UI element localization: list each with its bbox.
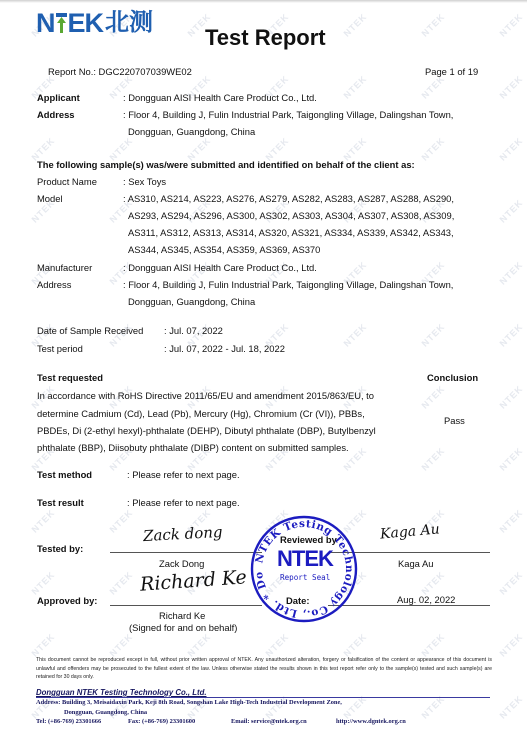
tested-by-signature-line: [110, 552, 262, 553]
model-line: AS311, AS312, AS313, AS314, AS320, AS321…: [128, 227, 454, 238]
date-value: Aug. 02, 2022: [397, 594, 455, 605]
watermark-mark: NTEK: [498, 73, 525, 100]
watermark-mark: NTEK: [30, 631, 57, 658]
watermark-mark: NTEK: [498, 445, 525, 472]
watermark-mark: NTEK: [108, 631, 135, 658]
test-result-label: Test result: [37, 497, 84, 508]
conclusion-label: Conclusion: [427, 372, 478, 383]
footer-email[interactable]: Email: service@ntek.org.cn: [231, 718, 307, 725]
footer-website[interactable]: http://www.dgntek.org.cn: [336, 718, 406, 725]
model-label: Model: [37, 193, 63, 204]
date-label: Date:: [286, 595, 309, 606]
viewer-top-shadow: [0, 0, 527, 3]
reviewed-by-name: Kaga Au: [398, 558, 433, 569]
test-result-value: : Please refer to next page.: [127, 497, 240, 508]
watermark-mark: NTEK: [498, 383, 525, 410]
logo-ek: EK: [68, 10, 104, 36]
ntek-logo: N EK 北测: [36, 10, 153, 36]
footer-rule: [36, 697, 490, 698]
seal-text: Report Seal: [280, 573, 330, 582]
test-requested-label: Test requested: [37, 372, 103, 383]
watermark-mark: NTEK: [498, 259, 525, 286]
reviewed-by-signature: Kaga Au: [379, 521, 440, 542]
test-requested-line: PBDEs, Di (2-ethyl hexyl)-phthalate (DEH…: [37, 425, 376, 436]
reviewed-by-label: Reviewed by: [280, 534, 337, 545]
watermark-mark: NTEK: [108, 507, 135, 534]
watermark-mark: NTEK: [420, 73, 447, 100]
manufacturer-address-label: Address: [37, 279, 71, 290]
watermark-mark: NTEK: [420, 11, 447, 38]
manufacturer-label: Manufacturer: [37, 262, 92, 273]
applicant-label: Applicant: [37, 92, 80, 103]
applicant-value: : Dongguan AISI Health Care Product Co.,…: [123, 92, 317, 103]
model-line: : AS310, AS214, AS223, AS276, AS279, AS2…: [123, 193, 454, 204]
test-requested-line: phthalate (BBP), Diisobuty phthalate (DI…: [37, 442, 349, 453]
test-period-value: : Jul. 07, 2022 - Jul. 18, 2022: [164, 343, 285, 354]
watermark-mark: NTEK: [498, 321, 525, 348]
watermark-mark: NTEK: [342, 631, 369, 658]
watermark-mark: NTEK: [420, 135, 447, 162]
approved-by-label: Approved by:: [37, 595, 97, 606]
watermark-mark: NTEK: [498, 569, 525, 596]
footer-tel: Tel: (+86-769) 23301666: [36, 718, 101, 725]
report-number-label: Report No.:: [48, 66, 96, 77]
tested-by-name: Zack Dong: [159, 558, 204, 569]
report-number-value: DGC220707039WE02: [99, 66, 192, 77]
logo-arrow-icon: [56, 13, 67, 33]
watermark-mark: NTEK: [186, 631, 213, 658]
approved-by-note: (Signed for and on behalf): [129, 622, 237, 633]
manufacturer-address-line2: Dongguan, Guangdong, China: [128, 296, 255, 307]
test-method-value: : Please refer to next page.: [127, 469, 240, 480]
watermark-mark: NTEK: [264, 631, 291, 658]
test-requested-line: In accordance with RoHS Directive 2011/6…: [37, 390, 374, 401]
conclusion-value: Pass: [444, 415, 465, 426]
applicant-address-label: Address: [37, 109, 75, 120]
model-line: AS293, AS294, AS296, AS300, AS302, AS303…: [128, 210, 454, 221]
tested-by-signature: Zack dong: [143, 523, 223, 545]
report-number: Report No.: DGC220707039WE02: [48, 66, 192, 77]
manufacturer-address-line1: : Floor 4, Building J, Fulin Industrial …: [123, 279, 453, 290]
watermark-mark: NTEK: [342, 73, 369, 100]
approved-by-signature-line: [110, 605, 262, 606]
test-period-label: Test period: [37, 343, 83, 354]
tested-by-label: Tested by:: [37, 543, 83, 554]
footer-address-line1: Address: Building 3, Meisaidaxin Park, K…: [36, 699, 342, 706]
manufacturer-value: : Dongguan AISI Health Care Product Co.,…: [123, 262, 317, 273]
logo-n: N: [36, 10, 55, 36]
product-name-value: : Sex Toys: [123, 176, 166, 187]
watermark-mark: NTEK: [420, 631, 447, 658]
test-requested-line: determine Cadmium (Cd), Lead (Pb), Mercu…: [37, 408, 365, 419]
watermark-mark: NTEK: [30, 569, 57, 596]
report-title: Test Report: [205, 25, 326, 51]
watermark-mark: NTEK: [30, 507, 57, 534]
date-received-label: Date of Sample Received: [37, 325, 143, 336]
ntek-report-seal: NTEK Testing Technology Co., Ltd. * Dong…: [250, 515, 358, 623]
applicant-address-line2: Dongguan, Guangdong, China: [128, 126, 255, 137]
watermark-mark: NTEK: [342, 11, 369, 38]
logo-chinese: 北测: [105, 10, 153, 36]
watermark-mark: NTEK: [342, 321, 369, 348]
legal-disclaimer: This document cannot be reproduced excep…: [36, 656, 492, 682]
seal-logo: NTEK: [277, 546, 333, 572]
applicant-address-line1: : Floor 4, Building J, Fulin Industrial …: [123, 109, 453, 120]
sample-heading: The following sample(s) was/were submitt…: [37, 159, 415, 170]
approved-by-signature: Richard Ke: [139, 566, 247, 595]
footer-company: Dongguan NTEK Testing Technology Co., Lt…: [36, 688, 207, 697]
watermark-mark: NTEK: [498, 11, 525, 38]
watermark-mark: NTEK: [108, 569, 135, 596]
watermark-mark: NTEK: [498, 135, 525, 162]
watermark-mark: NTEK: [420, 321, 447, 348]
page-indicator: Page 1 of 19: [425, 66, 478, 77]
watermark-mark: NTEK: [420, 569, 447, 596]
model-line: AS344, AS345, AS354, AS359, AS369, AS370: [128, 244, 320, 255]
product-name-label: Product Name: [37, 176, 97, 187]
watermark-mark: NTEK: [498, 197, 525, 224]
approved-by-name: Richard Ke: [159, 610, 205, 621]
watermark-mark: NTEK: [420, 445, 447, 472]
test-method-label: Test method: [37, 469, 92, 480]
watermark-mark: NTEK: [498, 507, 525, 534]
date-received-value: : Jul. 07, 2022: [164, 325, 223, 336]
watermark-mark: NTEK: [498, 693, 525, 720]
footer-fax: Fax: (+86-769) 23301600: [128, 718, 195, 725]
watermark-mark: NTEK: [420, 383, 447, 410]
watermark-mark: NTEK: [498, 631, 525, 658]
footer-address-line2: Dongguan, Guangdong, China: [64, 709, 147, 716]
